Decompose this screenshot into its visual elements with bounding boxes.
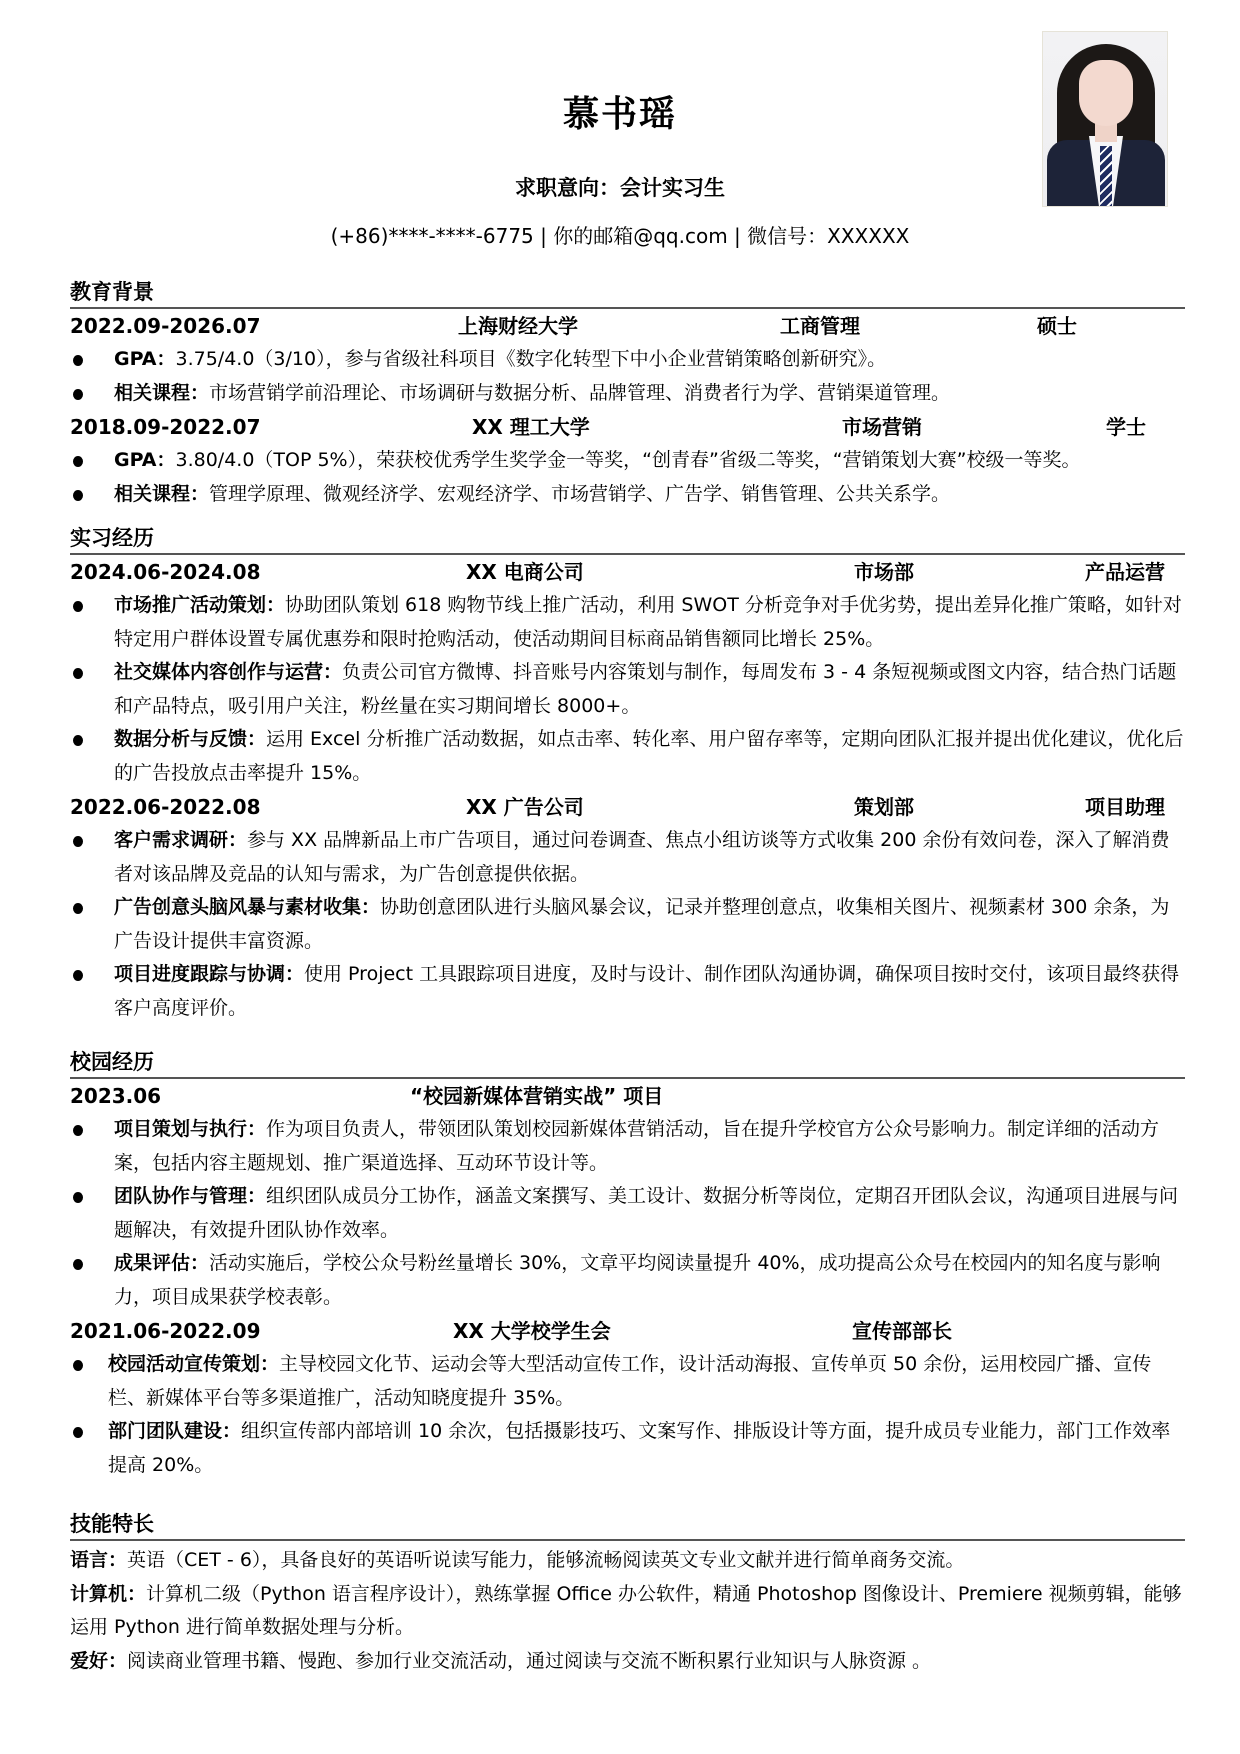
period: 2024.06-2024.08 [70,555,261,589]
bullet-icon [73,456,83,467]
bullet-icon [73,668,83,679]
period: 2021.06-2022.09 [70,1314,261,1348]
resume-page: 慕书瑶 求职意向：会计实习生 (+86)****-****-6775 | 你的邮… [0,0,1240,1754]
bullet-icon [73,1125,83,1136]
bullet-icon [73,735,83,746]
bullet-icon [73,389,83,400]
list-item: 数据分析与反馈：运用 Excel 分析推广活动数据，如点击率、转化率、用户留存率… [70,723,1185,790]
project-name: “校园新媒体营销实战” 项目 [410,1079,663,1113]
skill-computer: 计算机：计算机二级（Python 语言程序设计），熟练掌握 Office 办公软… [70,1578,1185,1645]
campus-entry-header: 2023.06 “校园新媒体营销实战” 项目 [70,1079,1185,1113]
section-title: 实习经历 [70,524,1185,552]
role: 宣传部部长 [852,1314,952,1348]
list-item: 校园活动宣传策划：主导校园文化节、运动会等大型活动宣传工作，设计活动海报、宣传单… [70,1348,1185,1415]
period: 2018.09-2022.07 [70,410,261,444]
department: 策划部 [854,790,914,824]
section-skills: 技能特长 语言：英语（CET - 6），具备良好的英语听说读写能力，能够流畅阅读… [70,1510,1185,1678]
contact-info: (+86)****-****-6775 | 你的邮箱@qq.com | 微信号：… [0,220,1240,249]
bullet-icon [73,1259,83,1270]
campus-entry-header: 2021.06-2022.09 XX 大学校学生会 宣传部部长 [70,1314,1185,1348]
list-item: 成果评估：活动实施后，学校公众号粉丝量增长 30%，文章平均阅读量提升 40%，… [70,1247,1185,1314]
period: 2022.06-2022.08 [70,790,261,824]
company: XX 电商公司 [466,555,584,589]
company: XX 广告公司 [466,790,584,824]
list-item: 客户需求调研：参与 XX 品牌新品上市广告项目，通过问卷调查、焦点小组访谈等方式… [70,824,1185,891]
bullet-icon [73,970,83,981]
bullet-icon [73,1360,83,1371]
list-item: 部门团队建设：组织宣传部内部培训 10 余次，包括摄影技巧、文案写作、排版设计等… [70,1415,1185,1482]
degree: 硕士 [1037,309,1077,343]
list-item: 相关课程：管理学原理、微观经济学、宏观经济学、市场营销学、广告学、销售管理、公共… [70,478,1185,512]
bullet-icon [73,355,83,366]
section-divider [70,1539,1185,1541]
period: 2022.09-2026.07 [70,309,261,343]
bullet-icon [73,1427,83,1438]
education-entry-header: 2018.09-2022.07 XX 理工大学 市场营销 学士 [70,410,1185,444]
school: 上海财经大学 [458,309,578,343]
degree: 学士 [1106,410,1146,444]
school: XX 理工大学 [472,410,590,444]
organization: XX 大学校学生会 [453,1314,611,1348]
list-item: 广告创意头脑风暴与素材收集：协助创意团队进行头脑风暴会议，记录并整理创意点，收集… [70,891,1185,958]
role: 项目助理 [1085,790,1165,824]
section-title: 技能特长 [70,1510,1185,1538]
profile-photo [1042,31,1168,207]
section-title: 校园经历 [70,1048,1185,1076]
section-education: 教育背景 2022.09-2026.07 上海财经大学 工商管理 硕士 GPA：… [70,278,1185,511]
major: 市场营销 [842,410,922,444]
bullet-icon [73,903,83,914]
bullet-icon [73,490,83,501]
list-item: 市场推广活动策划：协助团队策划 618 购物节线上推广活动，利用 SWOT 分析… [70,589,1185,656]
period: 2023.06 [70,1079,161,1113]
bullet-icon [73,601,83,612]
department: 市场部 [854,555,914,589]
skill-language: 语言：英语（CET - 6），具备良好的英语听说读写能力，能够流畅阅读英文专业文… [70,1544,1185,1578]
section-internship: 实习经历 2024.06-2024.08 XX 电商公司 市场部 产品运营 市场… [70,524,1185,1025]
role: 产品运营 [1085,555,1165,589]
education-entry-header: 2022.09-2026.07 上海财经大学 工商管理 硕士 [70,309,1185,343]
internship-entry-header: 2022.06-2022.08 XX 广告公司 策划部 项目助理 [70,790,1185,824]
list-item: GPA：3.75/4.0（3/10），参与省级社科项目《数字化转型下中小企业营销… [70,343,1185,377]
section-title: 教育背景 [70,278,1185,306]
internship-entry-header: 2024.06-2024.08 XX 电商公司 市场部 产品运营 [70,555,1185,589]
bullet-icon [73,836,83,847]
major: 工商管理 [780,309,860,343]
skill-hobby: 爱好：阅读商业管理书籍、慢跑、参加行业交流活动，通过阅读与交流不断积累行业知识与… [70,1645,1185,1679]
section-campus: 校园经历 2023.06 “校园新媒体营销实战” 项目 项目策划与执行：作为项目… [70,1048,1185,1482]
list-item: 相关课程：市场营销学前沿理论、市场调研与数据分析、品牌管理、消费者行为学、营销渠… [70,377,1185,411]
bullet-icon [73,1192,83,1203]
list-item: 团队协作与管理：组织团队成员分工协作，涵盖文案撰写、美工设计、数据分析等岗位，定… [70,1180,1185,1247]
list-item: 项目策划与执行：作为项目负责人，带领团队策划校园新媒体营销活动，旨在提升学校官方… [70,1113,1185,1180]
list-item: 项目进度跟踪与协调：使用 Project 工具跟踪项目进度，及时与设计、制作团队… [70,958,1185,1025]
list-item: GPA：3.80/4.0（TOP 5%），荣获校优秀学生奖学金一等奖，“创青春”… [70,444,1185,478]
list-item: 社交媒体内容创作与运营：负责公司官方微博、抖音账号内容策划与制作，每周发布 3 … [70,656,1185,723]
